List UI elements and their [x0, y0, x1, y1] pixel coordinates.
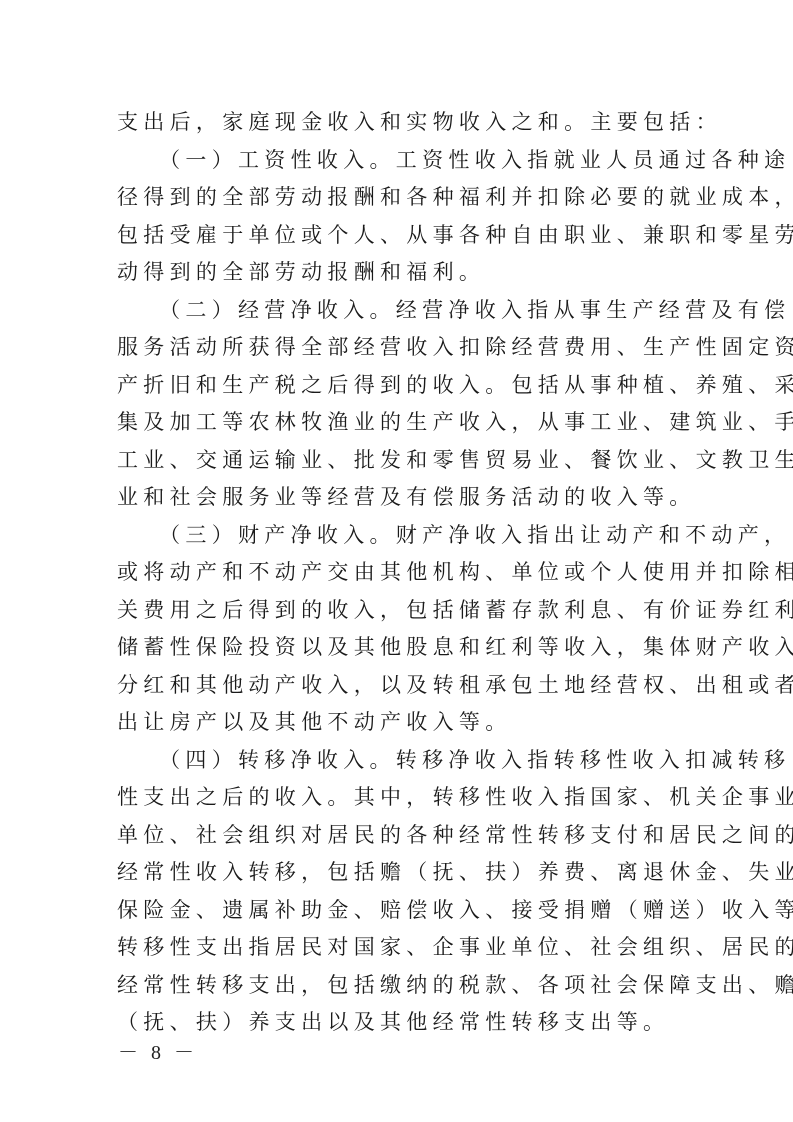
text-line: 转移性支出指居民对国家、企事业单位、社会组织、居民的	[117, 929, 677, 967]
text-line: 包括受雇于单位或个人、从事各种自由职业、兼职和零星劳	[117, 217, 677, 255]
text-line: 经常性转移支出，包括缴纳的税款、各项社会保障支出、赡	[117, 967, 677, 1005]
body-text: 支出后，家庭现金收入和实物收入之和。主要包括： （一）工资性收入。工资性收入指就…	[117, 104, 677, 1042]
section-2-heading-line: （二）经营净收入。经营净收入指从事生产经营及有偿	[117, 292, 677, 330]
text-line: 产折旧和生产税之后得到的收入。包括从事种植、养殖、采	[117, 367, 677, 405]
text-line: 性支出之后的收入。其中，转移性收入指国家、机关企事业	[117, 779, 677, 817]
section-4-heading-line: （四）转移净收入。转移净收入指转移性收入扣减转移	[117, 742, 677, 780]
text-line: 保险金、遗属补助金、赔偿收入、接受捐赠（赠送）收入等；	[117, 892, 677, 930]
text-line: 出让房产以及其他不动产收入等。	[117, 704, 677, 742]
text-line: 服务活动所获得全部经营收入扣除经营费用、生产性固定资	[117, 329, 677, 367]
text-line: 工业、交通运输业、批发和零售贸易业、餐饮业、文教卫生	[117, 442, 677, 480]
text-line: （抚、扶）养支出以及其他经常性转移支出等。	[117, 1004, 677, 1042]
text-line: 集及加工等农林牧渔业的生产收入，从事工业、建筑业、手	[117, 404, 677, 442]
text-line: 分红和其他动产收入，以及转租承包土地经营权、出租或者	[117, 667, 677, 705]
text-line: 径得到的全部劳动报酬和各种福利并扣除必要的就业成本，	[117, 179, 677, 217]
text-line: 动得到的全部劳动报酬和福利。	[117, 254, 677, 292]
text-line: 关费用之后得到的收入，包括储蓄存款利息、有价证券红利、	[117, 592, 677, 630]
page-number: － 8 －	[118, 1036, 198, 1065]
text-line: 业和社会服务业等经营及有偿服务活动的收入等。	[117, 479, 677, 517]
section-1-heading-line: （一）工资性收入。工资性收入指就业人员通过各种途	[117, 142, 677, 180]
text-line: 支出后，家庭现金收入和实物收入之和。主要包括：	[117, 104, 677, 142]
text-line: 储蓄性保险投资以及其他股息和红利等收入，集体财产收入	[117, 629, 677, 667]
text-line: 单位、社会组织对居民的各种经常性转移支付和居民之间的	[117, 817, 677, 855]
section-3-heading-line: （三）财产净收入。财产净收入指出让动产和不动产，	[117, 517, 677, 555]
text-line: 经常性收入转移，包括赡（抚、扶）养费、离退休金、失业	[117, 854, 677, 892]
document-page: 支出后，家庭现金收入和实物收入之和。主要包括： （一）工资性收入。工资性收入指就…	[0, 0, 793, 1122]
text-line: 或将动产和不动产交由其他机构、单位或个人使用并扣除相	[117, 554, 677, 592]
